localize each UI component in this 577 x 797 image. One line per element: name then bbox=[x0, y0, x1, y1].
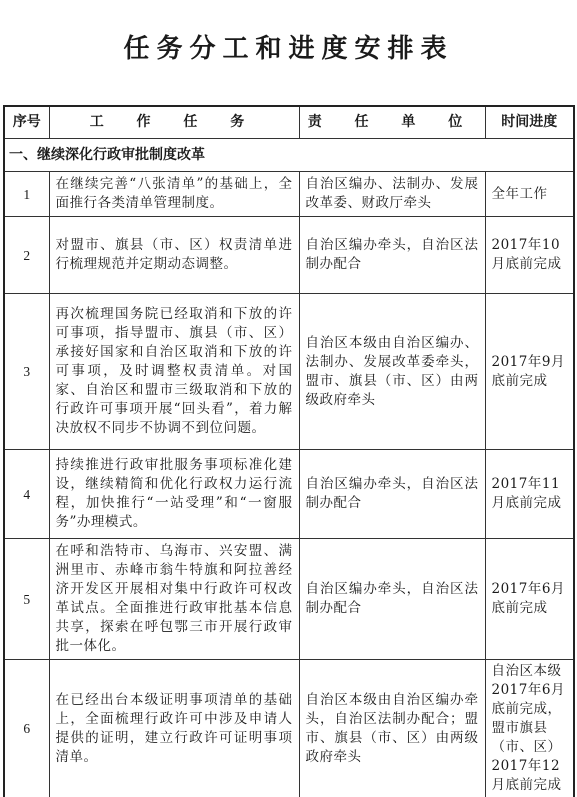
table-row: 3 再次梳理国务院已经取消和下放的许可事项，指导盟市、旗县（市、区）承接好国家和… bbox=[4, 294, 574, 450]
row-task: 在已经出台本级证明事项清单的基础上，全面梳理行政许可中涉及申请人提供的证明，建立… bbox=[49, 660, 299, 797]
table-row: 4 持续推进行政审批服务事项标准化建设，继续精简和优化行政权力运行流程，加快推行… bbox=[4, 450, 574, 539]
row-number: 2 bbox=[4, 217, 49, 294]
header-time: 时间进度 bbox=[485, 106, 574, 139]
row-unit: 自治区编办牵头，自治区法制办配合 bbox=[299, 450, 485, 539]
row-unit: 自治区编办牵头，自治区法制办配合 bbox=[299, 217, 485, 294]
table-header-row: 序号 工 作 任 务 责 任 单 位 时间进度 bbox=[4, 106, 574, 139]
row-time: 2017年10月底前完成 bbox=[485, 217, 574, 294]
row-number: 4 bbox=[4, 450, 49, 539]
row-unit: 自治区本级由自治区编办牵头，自治区法制办配合；盟市、旗县（市、区）由两级政府牵头 bbox=[299, 660, 485, 797]
row-time: 自治区本级2017年6月底前完成，盟市旗县（市、区）2017年12月底前完成 bbox=[485, 660, 574, 797]
header-unit: 责 任 单 位 bbox=[299, 106, 485, 139]
row-time: 2017年11月底前完成 bbox=[485, 450, 574, 539]
row-time: 全年工作 bbox=[485, 172, 574, 217]
row-task: 在继续完善“八张清单”的基础上，全面推行各类清单管理制度。 bbox=[49, 172, 299, 217]
row-number: 5 bbox=[4, 539, 49, 660]
section-row: 一、继续深化行政审批制度改革 bbox=[4, 139, 574, 172]
row-task: 在呼和浩特市、乌海市、兴安盟、满洲里市、赤峰市翁牛特旗和阿拉善经济开发区开展相对… bbox=[49, 539, 299, 660]
task-schedule-table: 序号 工 作 任 务 责 任 单 位 时间进度 一、继续深化行政审批制度改革 1… bbox=[3, 105, 575, 797]
row-number: 3 bbox=[4, 294, 49, 450]
table-row: 6 在已经出台本级证明事项清单的基础上，全面梳理行政许可中涉及申请人提供的证明，… bbox=[4, 660, 574, 797]
row-task: 对盟市、旗县（市、区）权责清单进行梳理规范并定期动态调整。 bbox=[49, 217, 299, 294]
row-unit: 自治区本级由自治区编办、法制办、发展改革委牵头，盟市、旗县（市、区）由两级政府牵… bbox=[299, 294, 485, 450]
row-unit: 自治区编办牵头，自治区法制办配合 bbox=[299, 539, 485, 660]
row-task: 再次梳理国务院已经取消和下放的许可事项，指导盟市、旗县（市、区）承接好国家和自治… bbox=[49, 294, 299, 450]
header-task: 工 作 任 务 bbox=[49, 106, 299, 139]
table-row: 2 对盟市、旗县（市、区）权责清单进行梳理规范并定期动态调整。 自治区编办牵头，… bbox=[4, 217, 574, 294]
row-number: 1 bbox=[4, 172, 49, 217]
header-no: 序号 bbox=[4, 106, 49, 139]
table-row: 5 在呼和浩特市、乌海市、兴安盟、满洲里市、赤峰市翁牛特旗和阿拉善经济开发区开展… bbox=[4, 539, 574, 660]
row-unit: 自治区编办、法制办、发展改革委、财政厅牵头 bbox=[299, 172, 485, 217]
row-time: 2017年9月底前完成 bbox=[485, 294, 574, 450]
page-title: 任务分工和进度安排表 bbox=[0, 28, 577, 65]
row-task: 持续推进行政审批服务事项标准化建设，继续精简和优化行政权力运行流程，加快推行“一… bbox=[49, 450, 299, 539]
row-time: 2017年6月底前完成 bbox=[485, 539, 574, 660]
row-number: 6 bbox=[4, 660, 49, 797]
table-row: 1 在继续完善“八张清单”的基础上，全面推行各类清单管理制度。 自治区编办、法制… bbox=[4, 172, 574, 217]
section-title: 一、继续深化行政审批制度改革 bbox=[4, 139, 574, 172]
